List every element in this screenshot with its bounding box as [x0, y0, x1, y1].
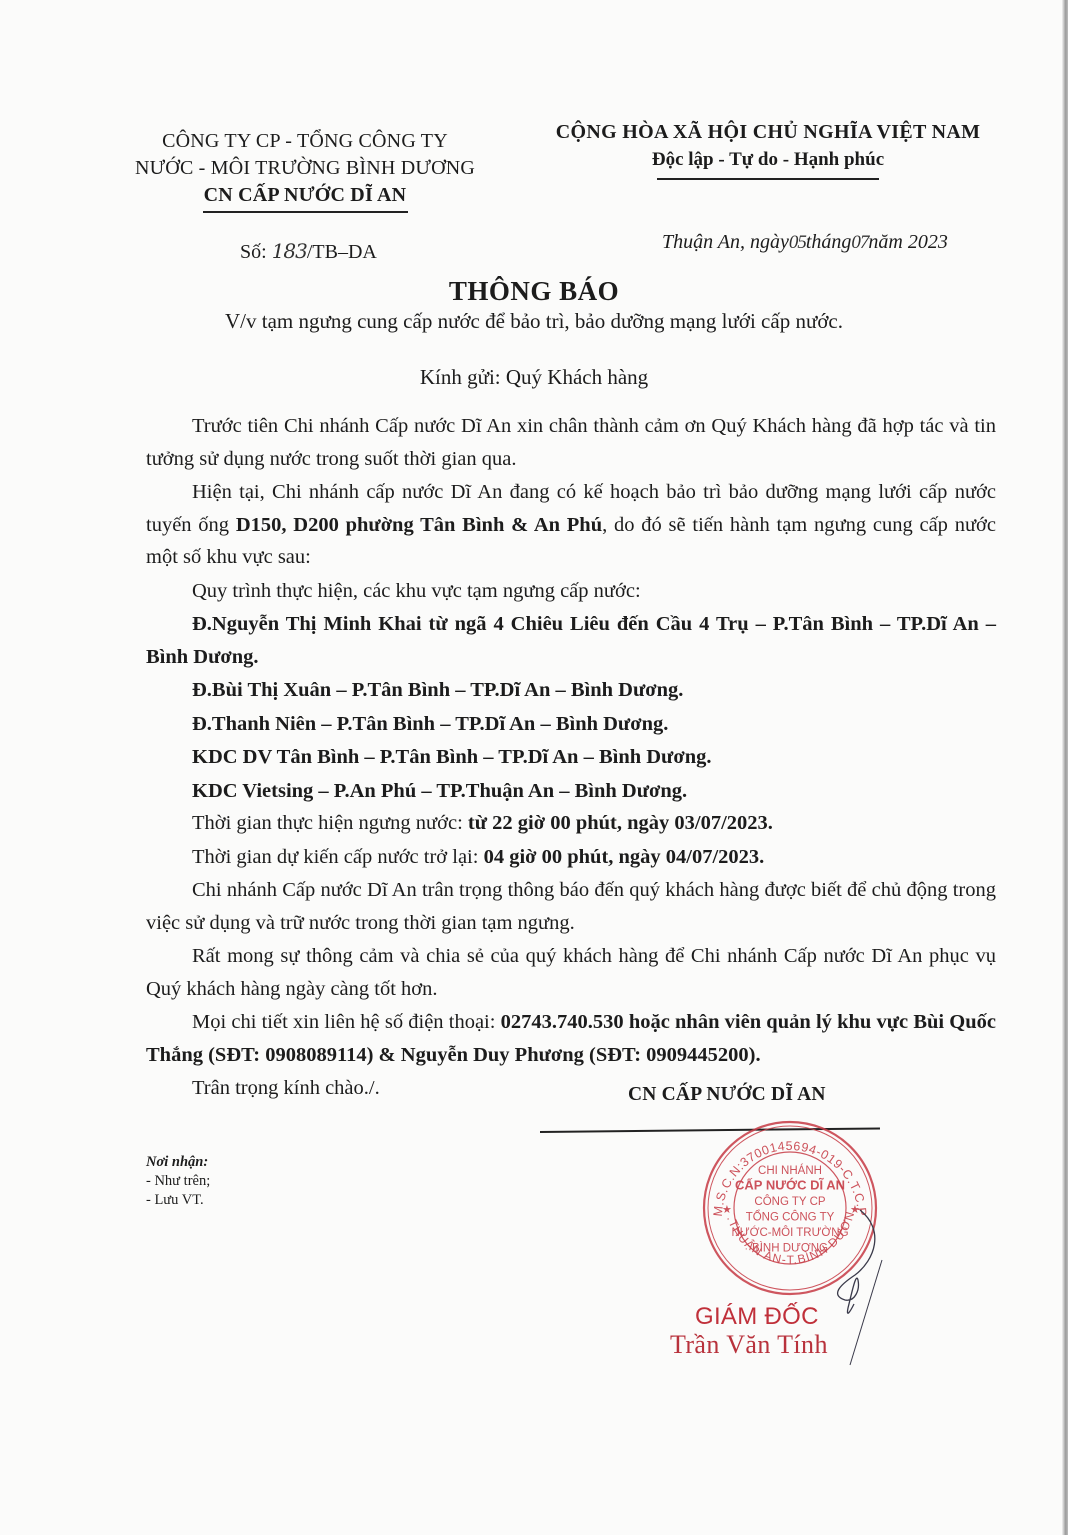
national-motto: Độc lập - Tự do - Hạnh phúc: [548, 146, 988, 174]
parent-company-line2: NƯỚC - MÔI TRƯỜNG BÌNH DƯƠNG: [120, 155, 490, 182]
svg-text:★: ★: [722, 1204, 732, 1216]
paragraph-notice: Chi nhánh Cấp nước Dĩ An trân trọng thôn…: [146, 874, 996, 939]
area-item: Đ.Nguyễn Thị Minh Khai từ ngã 4 Chiêu Li…: [146, 608, 996, 673]
paragraph-plan: Hiện tại, Chi nhánh cấp nước Dĩ An đang …: [146, 476, 996, 574]
date-month: 07: [851, 232, 868, 253]
paragraph-thanks: Trước tiên Chi nhánh Cấp nước Dĩ An xin …: [146, 410, 996, 475]
pipeline-info: D150, D200 phường Tân Bình & An Phú: [236, 514, 602, 536]
recipient-item: - Như trên;: [146, 1172, 210, 1191]
issuer-header: CÔNG TY CP - TỔNG CÔNG TY NƯỚC - MÔI TRƯ…: [120, 128, 490, 213]
document-number-handwritten: 183: [272, 239, 307, 263]
document-number: Số: 183/TB–DA: [240, 239, 377, 264]
paragraph-contact: Mọi chi tiết xin liên hệ số điện thoại: …: [146, 1006, 996, 1071]
branch-name: CN CẤP NƯỚC DĨ AN: [120, 182, 490, 209]
signer-position: GIÁM ĐỐC: [695, 1303, 819, 1331]
stop-time: Thời gian thực hiện ngưng nước: từ 22 gi…: [146, 807, 996, 840]
date-day: 05: [789, 232, 806, 253]
recipients-block: Nơi nhận: - Như trên; - Lưu VT.: [146, 1153, 210, 1210]
greeting: Kính gửi: Quý Khách hàng: [0, 365, 1068, 390]
document-title: THÔNG BÁO: [0, 276, 1068, 307]
date-line: Thuận An, ngày05tháng07năm 2023: [662, 231, 948, 254]
motto-underline: [657, 178, 879, 180]
closing: Trân trọng kính chào./.: [146, 1072, 996, 1105]
document-subject: V/v tạm ngưng cung cấp nước để bảo trì, …: [0, 309, 1068, 334]
area-item: KDC Vietsing – P.An Phú – TP.Thuận An – …: [146, 775, 996, 808]
contact-phone: 02743.740.530: [501, 1011, 624, 1033]
resume-time: Thời gian dự kiến cấp nước trở lại: 04 g…: [146, 841, 996, 874]
signature-org: CN CẤP NƯỚC DĨ AN: [628, 1084, 826, 1106]
svg-text:CHI NHÁNH: CHI NHÁNH: [758, 1164, 822, 1177]
signer-name: Trần Văn Tính: [670, 1330, 828, 1360]
document-body: Trước tiên Chi nhánh Cấp nước Dĩ An xin …: [146, 410, 996, 1105]
paragraph-procedure: Quy trình thực hiện, các khu vực tạm ngư…: [146, 575, 996, 608]
parent-company-line1: CÔNG TY CP - TỔNG CÔNG TY: [120, 128, 490, 155]
recipient-item: - Lưu VT.: [146, 1191, 210, 1210]
national-header: CỘNG HÒA XÃ HỘI CHỦ NGHĨA VIỆT NAM Độc l…: [548, 118, 988, 180]
paragraph-apology: Rất mong sự thông cảm và chia sẻ của quý…: [146, 940, 996, 1005]
area-item: Đ.Thanh Niên – P.Tân Bình – TP.Dĩ An – B…: [146, 708, 996, 741]
area-item: Đ.Bùi Thị Xuân – P.Tân Bình – TP.Dĩ An –…: [146, 674, 996, 707]
area-item: KDC DV Tân Bình – P.Tân Bình – TP.Dĩ An …: [146, 741, 996, 774]
recipients-heading: Nơi nhận:: [146, 1153, 210, 1172]
branch-underline: [203, 211, 408, 213]
svg-text:CẤP NƯỚC DĨ AN: CẤP NƯỚC DĨ AN: [735, 1178, 845, 1193]
nation-title: CỘNG HÒA XÃ HỘI CHỦ NGHĨA VIỆT NAM: [548, 118, 988, 146]
page-edge: [1062, 0, 1068, 1535]
